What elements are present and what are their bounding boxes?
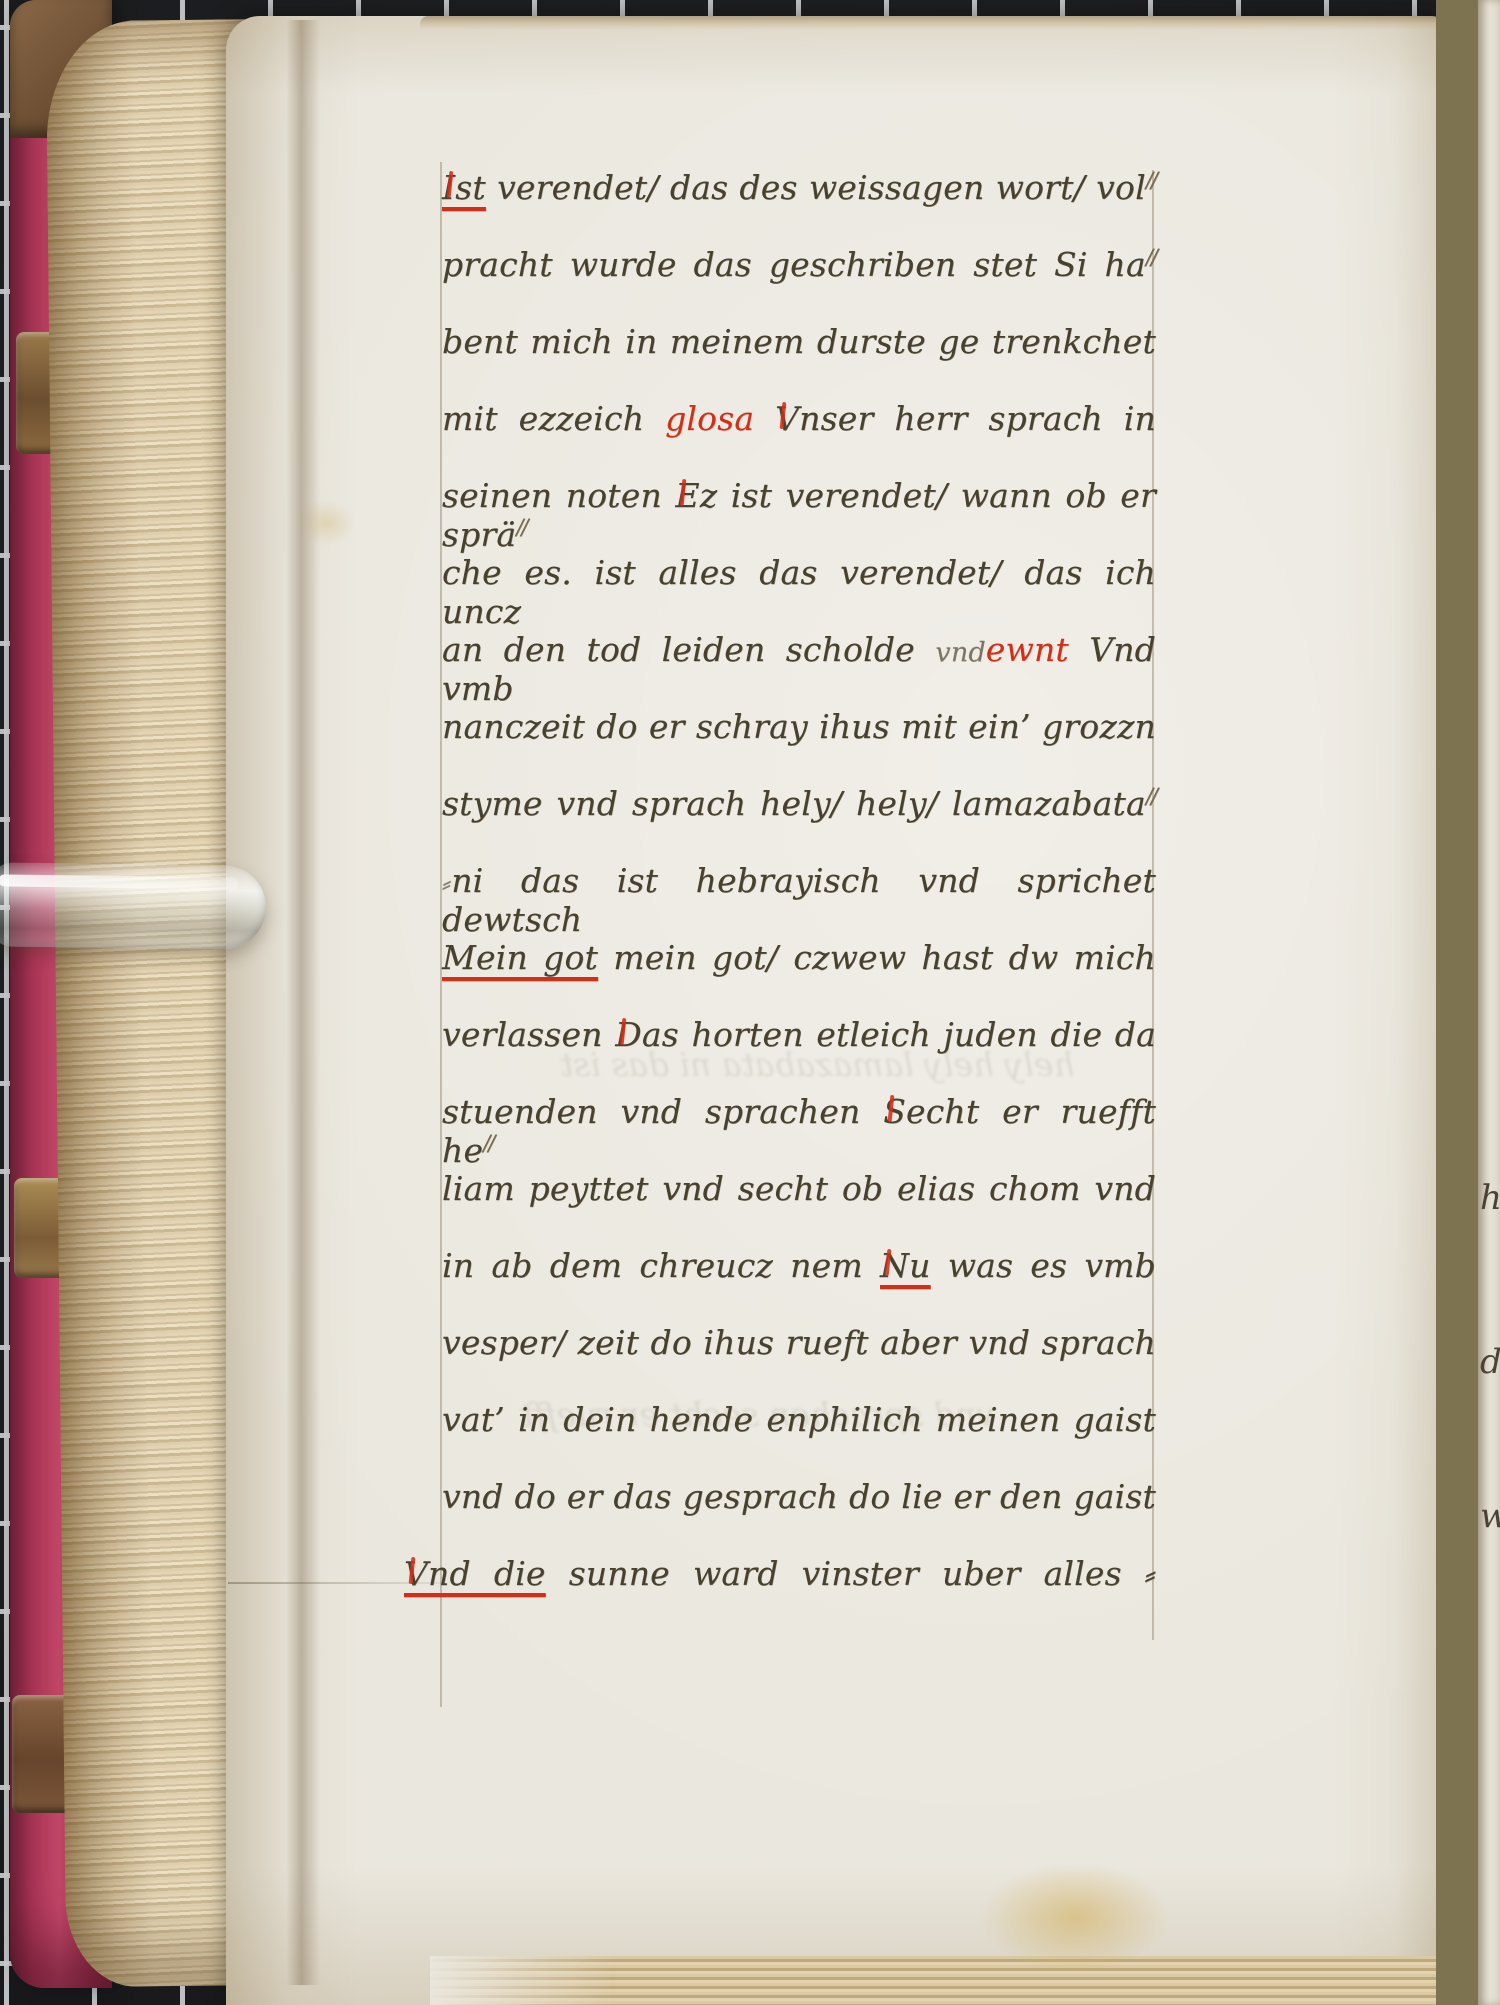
manuscript-text-block: Ist verendet/ das des weissagen wort/ vo… (442, 168, 1156, 1631)
manuscript-text-segment: seinen noten (442, 476, 675, 515)
manuscript-text-segment: // (1146, 245, 1156, 269)
manuscript-text-segment: Secht (883, 1092, 979, 1131)
manuscript-line: nanczeit do er schray ihus mit ein’ groz… (442, 707, 1156, 784)
manuscript-line: Vnd die sunne ward vinster uber alles ⸗ (404, 1554, 1156, 1631)
manuscript-line: vnd do er das gesprach do lie er den gai… (442, 1477, 1156, 1554)
manuscript-text-segment: ⸗ (442, 868, 451, 899)
manuscript-text-segment: Vnd die (404, 1554, 546, 1593)
glass-rod-page-weight (0, 862, 267, 949)
manuscript-text-segment: mit ezzeich (442, 399, 665, 438)
manuscript-line: pracht wurde das geschriben stet Si ha// (442, 245, 1156, 322)
manuscript-line: Mein got mein got/ czwew hast dw mich (442, 938, 1156, 1015)
manuscript-text-segment: styme vnd sprach hely/ hely/ lamazabata (442, 784, 1146, 823)
manuscript-text-segment: Ez (675, 476, 717, 515)
parchment-stain-bottom (980, 1862, 1170, 1972)
facing-page-text-fragment: d (1480, 1342, 1500, 1382)
manuscript-line: an den tod leiden scholde vndewnt Vnd vm… (442, 630, 1156, 707)
manuscript-text-segment: Nu (880, 1246, 931, 1285)
facing-page-text-fragment: w (1480, 1496, 1500, 1536)
manuscript-line: vat’ in dein hende enphilich meinen gais… (442, 1400, 1156, 1477)
manuscript-line: styme vnd sprach hely/ hely/ lamazabata/… (442, 784, 1156, 861)
manuscript-text-segment: // (483, 1131, 493, 1155)
manuscript-text-segment: horten etleich juden die da (679, 1015, 1156, 1054)
manuscript-line: verlassen Das horten etleich juden die d… (442, 1015, 1156, 1092)
manuscript-line: stuenden vnd sprachen Secht er ruefft he… (442, 1092, 1156, 1169)
parchment-stain-left (296, 500, 356, 546)
manuscript-line: che es. ist alles das verendet/ das ich … (442, 553, 1156, 630)
manuscript-text-segment: Mein got (442, 938, 598, 977)
manuscript-text-segment: vesper/ zeit do ihus rueft aber vnd spra… (442, 1323, 1156, 1362)
photo-stage: hely hely lamazabata ni das ist vnd spra… (0, 0, 1500, 2005)
page-edges-bottom (430, 1956, 1444, 2005)
manuscript-text-segment: che es. ist alles das verendet/ das ich … (442, 553, 1156, 631)
manuscript-text-segment: Ist (442, 168, 486, 207)
manuscript-text-segment: // (516, 515, 526, 539)
manuscript-text-segment: // (1146, 168, 1156, 192)
manuscript-text-segment: vnd (935, 637, 986, 668)
manuscript-text-segment: Das (615, 1015, 679, 1054)
manuscript-text-segment: nanczeit do er schray ihus mit ein’ groz… (442, 707, 1156, 746)
manuscript-text-segment: verendet/ das des weissagen wort/ vol (486, 168, 1146, 207)
manuscript-text-segment: mein got/ czwew hast dw mich (598, 938, 1156, 977)
facing-page-sliver: hdw (1478, 0, 1500, 2005)
manuscript-line: in ab dem chreucz nem Nu was es vmb (442, 1246, 1156, 1323)
manuscript-text-segment: glosa (665, 399, 754, 438)
facing-page-text-fragment: h (1480, 1178, 1500, 1218)
manuscript-line: seinen noten Ez ist verendet/ wann ob er… (442, 476, 1156, 553)
manuscript-line: liam peyttet vnd secht ob elias chom vnd (442, 1169, 1156, 1246)
glass-rod-highlight (0, 874, 238, 889)
manuscript-text-segment (754, 399, 775, 438)
manuscript-text-segment: stuenden vnd sprachen (442, 1092, 883, 1131)
manuscript-text-segment: // (1146, 784, 1156, 808)
manuscript-text-segment: vnd do er das gesprach do lie er den gai… (442, 1477, 1156, 1516)
manuscript-line: mit ezzeich glosa Vnser herr sprach in (442, 399, 1156, 476)
fore-edge-right-gutter (1436, 0, 1480, 2005)
manuscript-line: Ist verendet/ das des weissagen wort/ vo… (442, 168, 1156, 245)
manuscript-text-segment: was es vmb (931, 1246, 1156, 1285)
manuscript-text-segment: liam peyttet vnd secht ob elias chom vnd (442, 1169, 1156, 1208)
manuscript-line: bent mich in meinem durste ge trenkchet (442, 322, 1156, 399)
manuscript-line: vesper/ zeit do ihus rueft aber vnd spra… (442, 1323, 1156, 1400)
manuscript-text-segment: sunne ward vinster uber alles ⸗ (546, 1554, 1156, 1593)
manuscript-text-segment: ni das ist hebrayisch vnd sprichet dewts… (442, 861, 1156, 939)
page-edges-top (420, 16, 1444, 30)
manuscript-text-segment: Vnser (775, 399, 873, 438)
gutter-shadow (286, 20, 320, 1985)
manuscript-text-segment: an den tod leiden scholde (442, 630, 935, 669)
manuscript-text-segment: verlassen (442, 1015, 615, 1054)
manuscript-text-segment: pracht wurde das geschriben stet Si ha (442, 245, 1146, 284)
manuscript-line: ⸗ni das ist hebrayisch vnd sprichet dewt… (442, 861, 1156, 938)
manuscript-text-segment: ewnt (986, 630, 1069, 669)
manuscript-text-segment: herr sprach in (873, 399, 1156, 438)
manuscript-text-segment: in ab dem chreucz nem (442, 1246, 880, 1285)
manuscript-text-segment: vat’ in dein hende enphilich meinen gais… (442, 1400, 1156, 1439)
manuscript-text-segment: bent mich in meinem durste ge trenkchet (442, 322, 1156, 361)
